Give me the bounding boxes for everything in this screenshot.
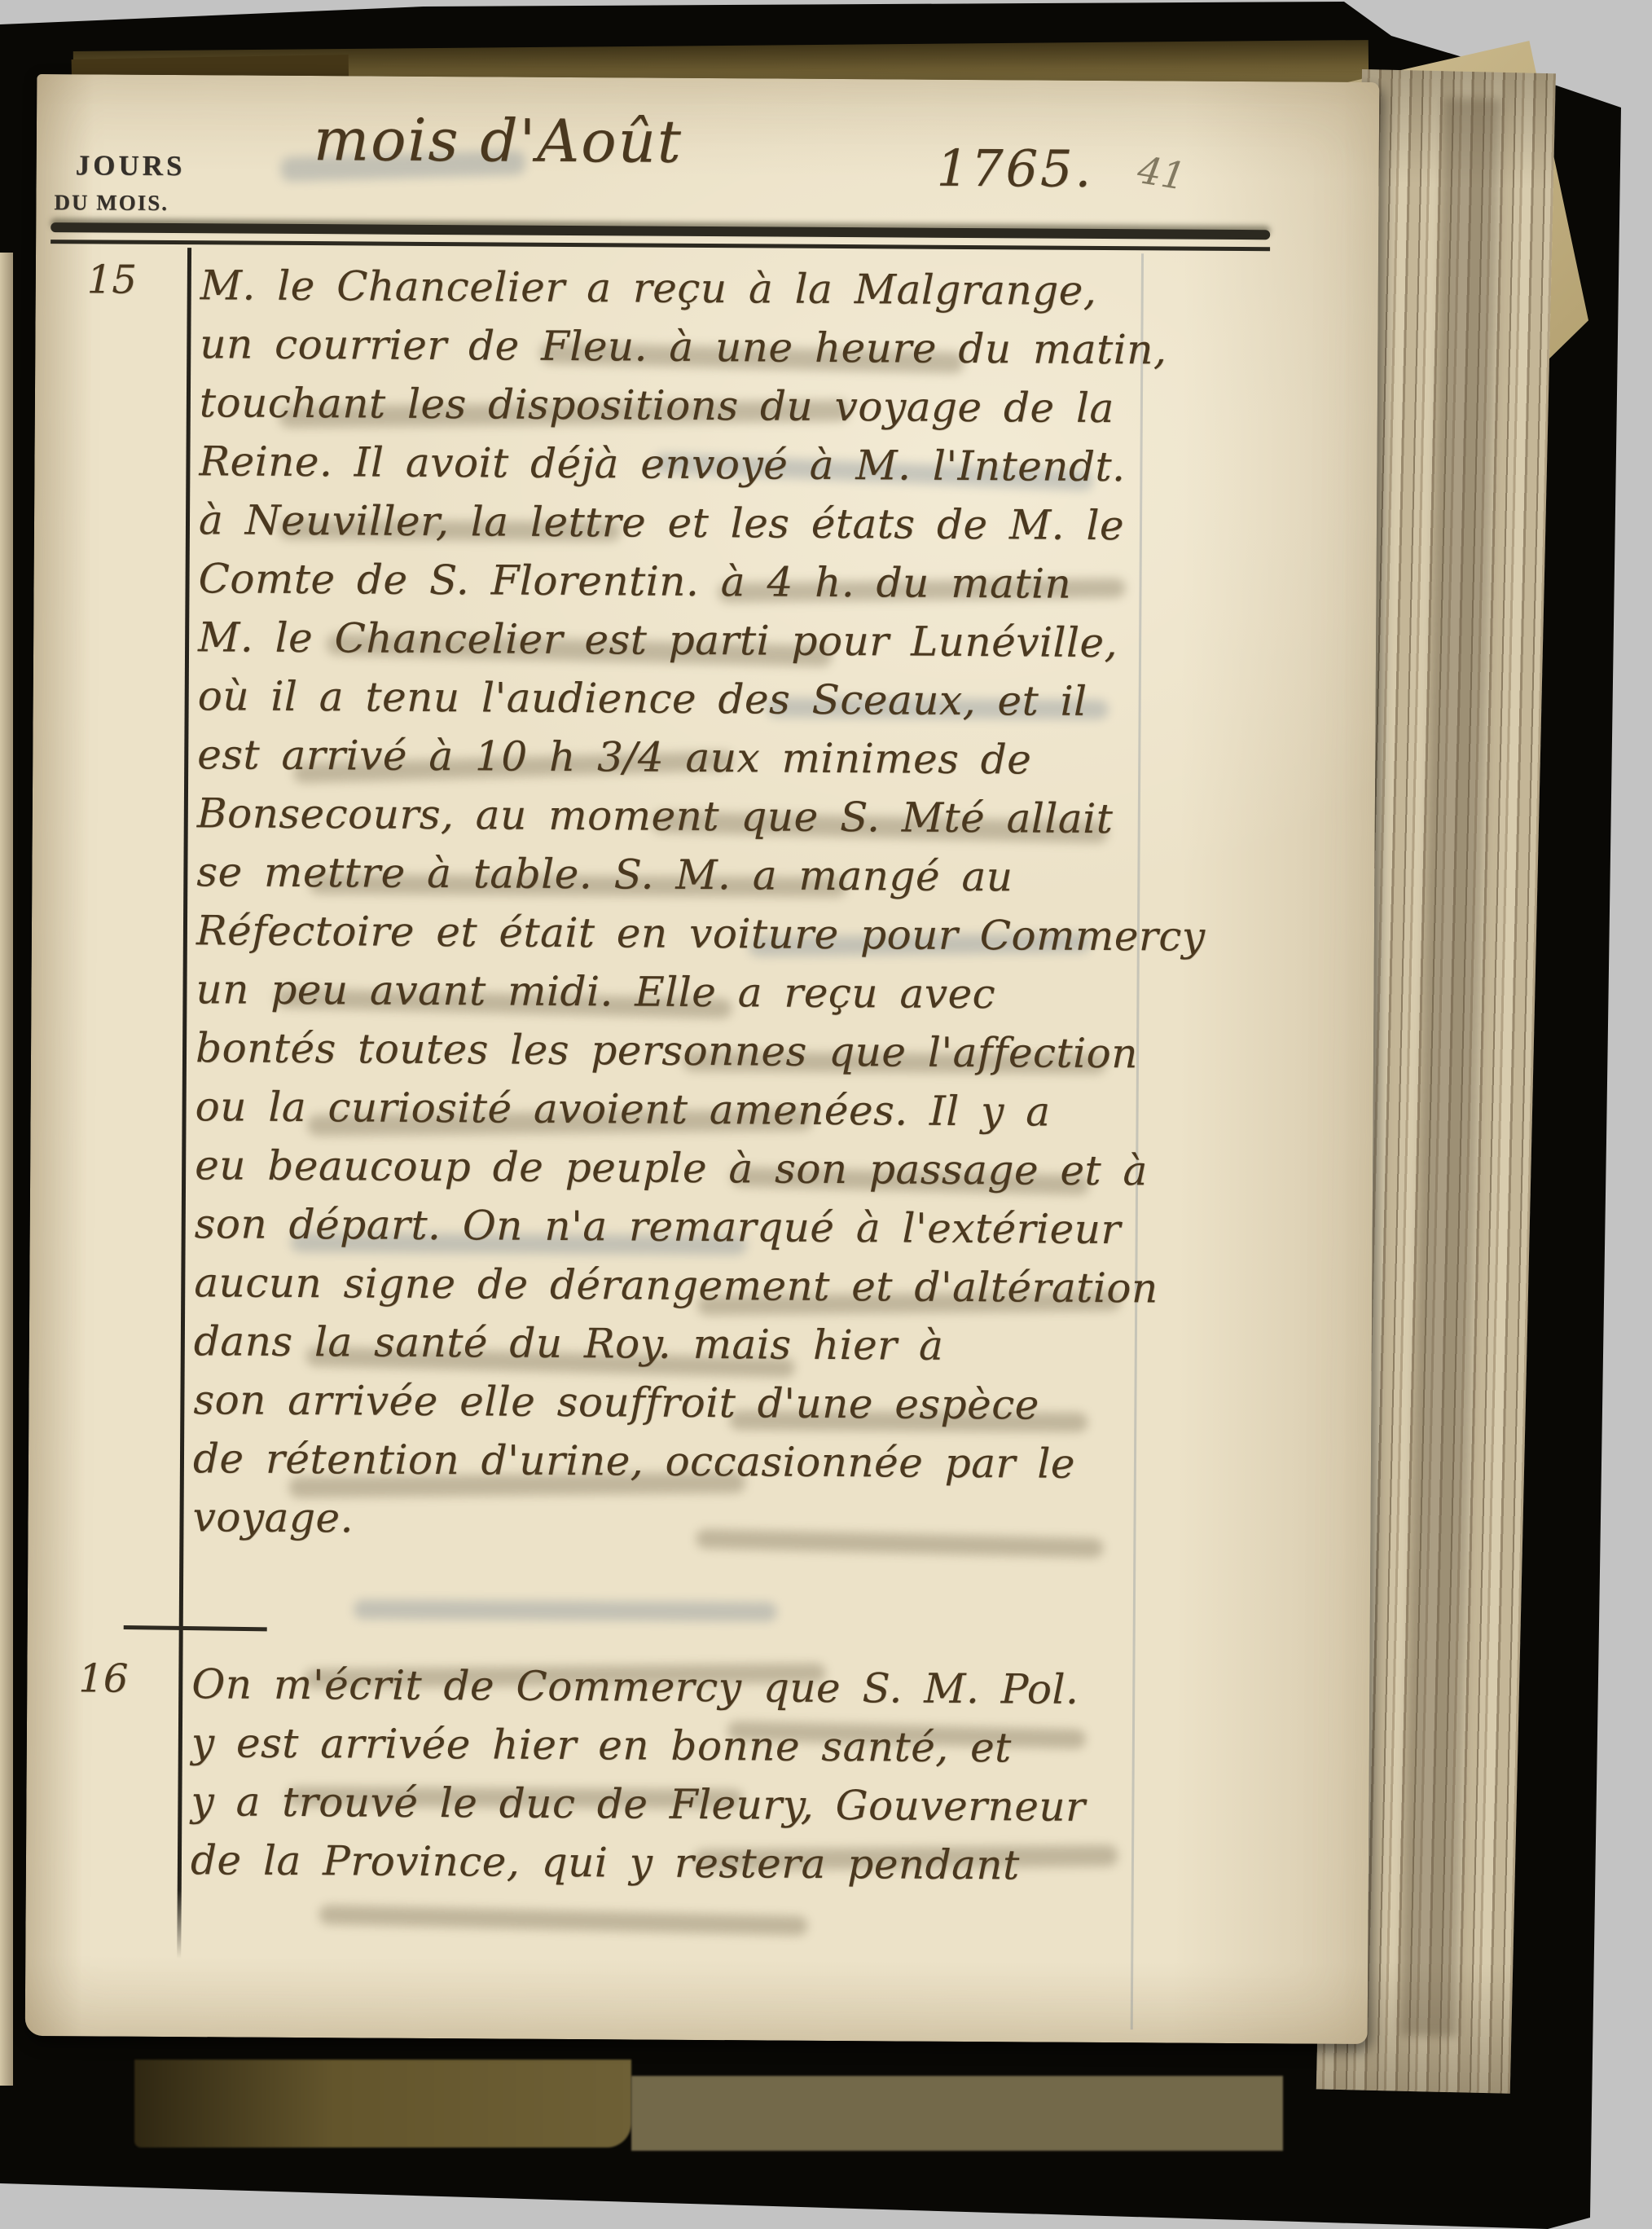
bottom-cover-sliver [134,2060,631,2148]
manuscript-line: son départ. On n'a remarqué à l'extérieu… [195,1194,1373,1260]
manuscript-line: un peu avant midi. Elle a reçu avec [196,960,1373,1026]
journal-page: JOURS DU MOIS. mois d'Août 1765. 41 15M.… [25,74,1380,2044]
manuscript-line: On m'écrit de Commercy que S. M. Pol. [191,1655,1369,1721]
manuscript-line: M. le Chancelier est parti pour Lunévill… [198,608,1376,674]
bottom-page-sliver [631,2076,1283,2151]
manuscript-line: à Neuviller, la lettre et les états de M… [199,490,1377,556]
manuscript-line: aucun signe de dérangement et d'altérati… [194,1253,1372,1319]
page-number: 41 [1135,147,1189,199]
journal-entry: 16On m'écrit de Commercy que S. M. Pol.y… [26,1654,1370,1897]
day-number: 15 [36,257,188,303]
manuscript-line: est arrivé à 10 h 3/4 aux minimes de [197,725,1375,791]
manuscript-line: touchant les dispositions du voyage de l… [200,373,1377,439]
manuscript-line: un courrier de Fleu. à une heure du mati… [200,314,1377,380]
printed-column-header-du-mois: DU MOIS. [54,190,169,216]
manuscript-line: Réfectoire et était en voiture pour Comm… [196,901,1374,967]
month-title: mois d'Août [314,105,683,176]
manuscript-line: se mettre à table. S. M. a mangé au [196,842,1374,908]
manuscript-line: de la Province, qui y restera pendant [191,1831,1369,1897]
manuscript-line: de rétention d'urine, occasionnée par le [193,1429,1371,1495]
bleedthrough-smudge [319,1905,807,1936]
journal-entry: 15M. le Chancelier a reçu à la Malgrange… [28,255,1378,1554]
manuscript-line: où il a tenu l'audience des Sceaux, et i… [197,666,1375,732]
facing-page-edge [0,253,13,2086]
header-rule-thin [51,240,1270,251]
printed-column-header-jours: JOURS [76,149,186,182]
entry-lines: On m'écrit de Commercy que S. M. Pol.y e… [191,1655,1370,1897]
manuscript-line: dans la santé du Roy. mais hier à [194,1312,1372,1378]
manuscript-line: y est arrivée hier en bonne santé, et [191,1713,1369,1779]
manuscript-line: Bonsecours, au moment que S. Mté allait [197,784,1375,850]
year: 1765. [936,138,1093,199]
manuscript-line: y a trouvé le duc de Fleury, Gouverneur [191,1772,1369,1838]
manuscript-line: ou la curiosité avoient amenées. Il y a [195,1077,1373,1143]
manuscript-line: son arrivée elle souffroit d'une espèce [193,1370,1371,1436]
header-rule-thick [51,222,1270,240]
manuscript-line: M. le Chancelier a reçu à la Malgrange, [200,256,1378,322]
manuscript-line: eu beaucoup de peuple à son passage et à [195,1136,1373,1202]
manuscript-photo: JOURS DU MOIS. mois d'Août 1765. 41 15M.… [0,0,1652,2229]
manuscript-line: bontés toutes les personnes que l'affect… [196,1018,1373,1084]
entry-lines: M. le Chancelier a reçu à la Malgrange,u… [192,256,1378,1554]
day-number: 16 [27,1655,179,1702]
manuscript-line: Comte de S. Florentin. à 4 h. du matin [198,549,1376,615]
manuscript-line: voyage. [192,1488,1370,1554]
journal-entries: 15M. le Chancelier a reçu à la Malgrange… [26,255,1378,1897]
manuscript-line: Reine. Il avoit déjà envoyé à M. l'Inten… [199,432,1377,498]
